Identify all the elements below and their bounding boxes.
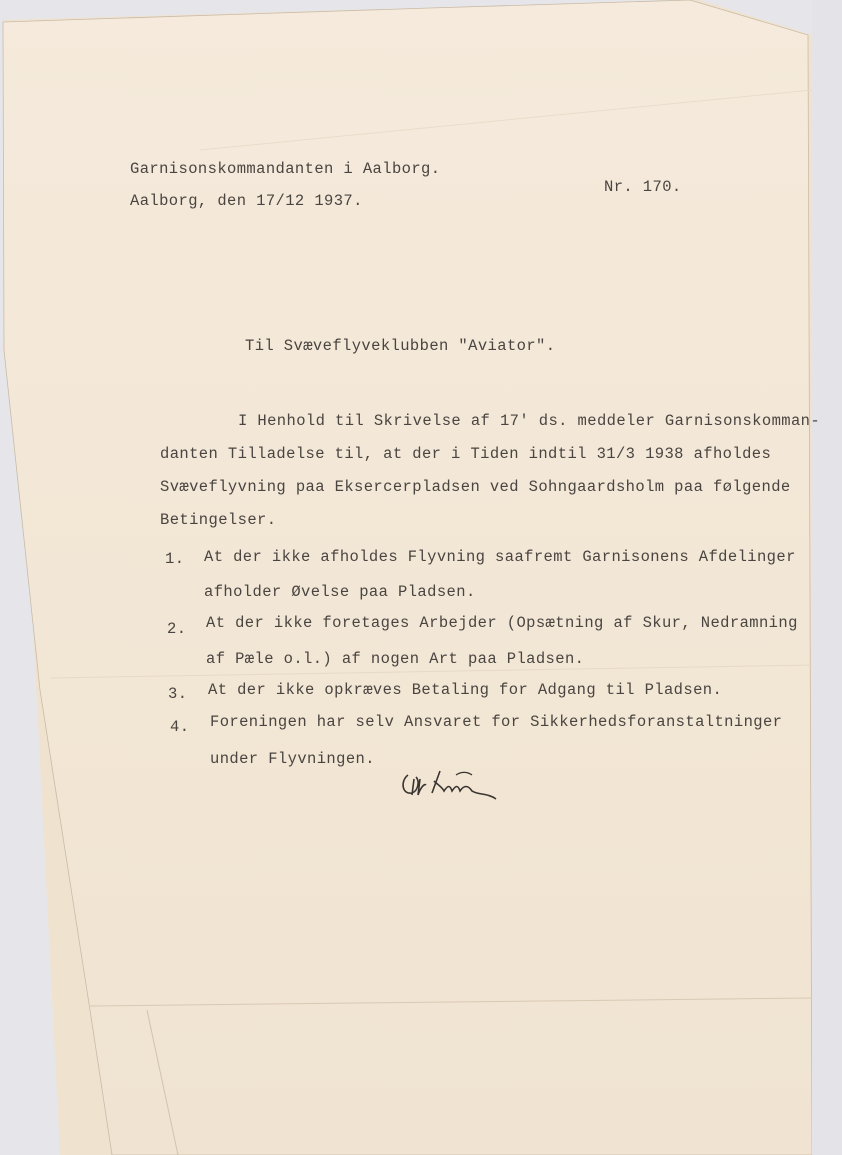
signature [398,763,508,808]
place-date-line: Aalborg, den 17/12 1937. [130,192,363,210]
condition-4-line-2: under Flyvningen. [210,750,375,768]
condition-1-number: 1. [165,550,184,568]
sender-line: Garnisonskommandanten i Aalborg. [130,160,440,178]
condition-1-line-1: At der ikke afholdes Flyvning saafremt G… [204,548,796,566]
condition-4-line-1: Foreningen har selv Ansvaret for Sikkerh… [210,713,782,731]
reference-number: Nr. 170. [604,178,682,196]
condition-3-number: 3. [168,685,187,703]
body-line-1: I Henhold til Skrivelse af 17' ds. medde… [238,412,820,430]
condition-2-line-2: af Pæle o.l.) af nogen Art paa Pladsen. [206,650,584,668]
body-line-3: Svæveflyvning paa Eksercerpladsen ved So… [160,478,791,496]
body-line-2: danten Tilladelse til, at der i Tiden in… [160,445,771,463]
condition-2-number: 2. [167,620,186,638]
recipient-line: Til Svæveflyveklubben "Aviator". [245,337,555,355]
condition-3-line-1: At der ikke opkræves Betaling for Adgang… [208,681,722,699]
condition-1-line-2: afholder Øvelse paa Pladsen. [204,583,476,601]
condition-2-line-1: At der ikke foretages Arbejder (Opsætnin… [206,614,798,632]
condition-4-number: 4. [170,718,189,736]
body-line-4: Betingelser. [160,511,276,529]
scanner-background [812,0,842,1155]
